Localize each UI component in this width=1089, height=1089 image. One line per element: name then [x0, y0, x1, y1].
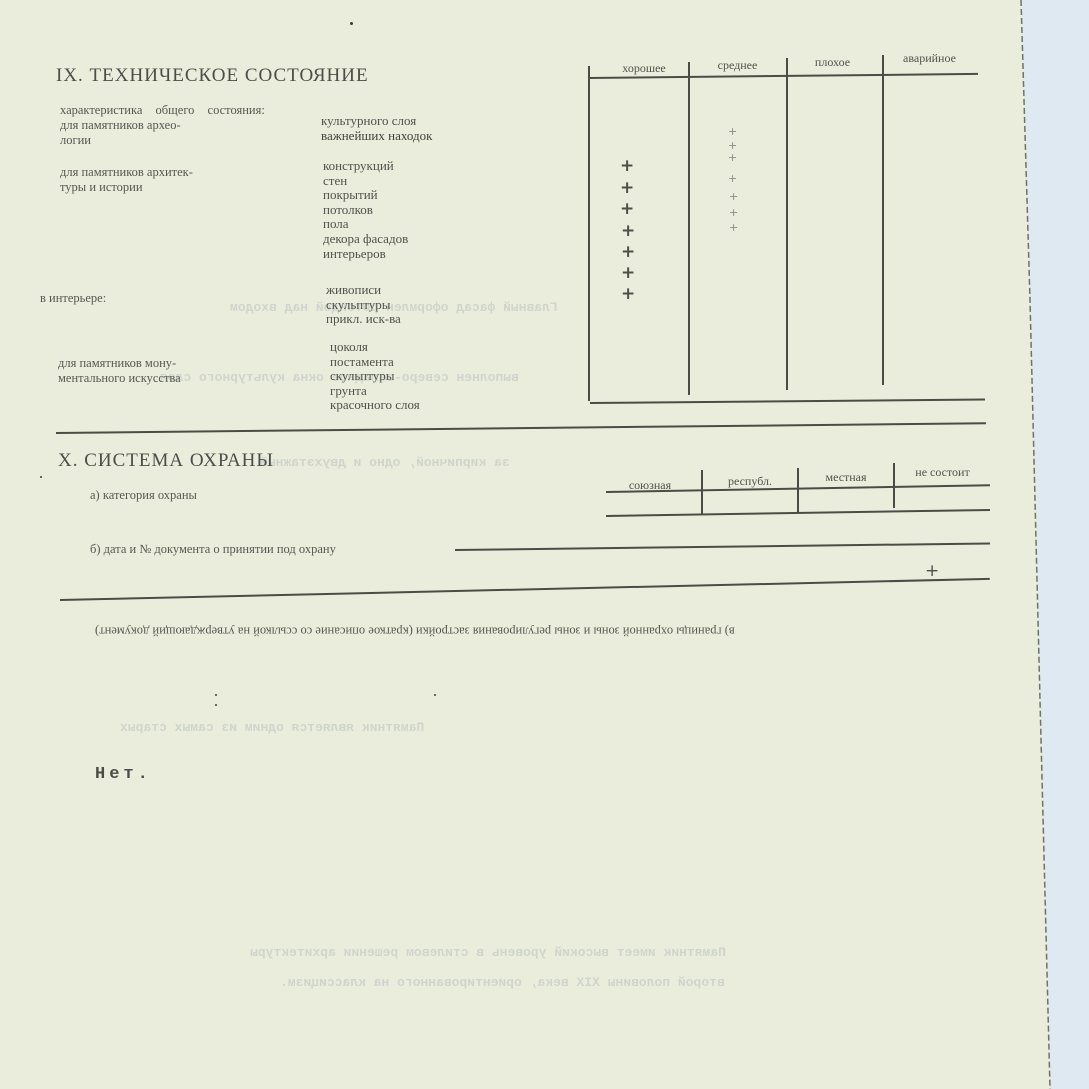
- group-items-archaeology: культурного слоя важнейших находок: [321, 114, 432, 143]
- group-label-architecture: для памятников архитек- туры и истории: [60, 165, 193, 194]
- mark-plus-icon: +: [620, 180, 634, 197]
- item-plinth: цоколя: [330, 340, 420, 355]
- mark-plus-icon: +: [925, 563, 939, 580]
- ink-speck: [215, 694, 217, 696]
- category-republic: республ.: [702, 474, 798, 489]
- protection-document-label: б) дата и № документа о принятии под охр…: [90, 542, 336, 557]
- faint-mark-plus-icon: +: [728, 140, 737, 151]
- item-cultural-layer: культурного слоя: [321, 114, 432, 129]
- category-divider: [893, 463, 895, 508]
- category-local: местная: [800, 470, 892, 485]
- item-interiors: интерьеров: [323, 247, 408, 262]
- category-divider: [797, 468, 799, 513]
- mark-plus-icon: +: [621, 265, 635, 282]
- section-ix-intro: характеристика общего состояния:: [60, 103, 265, 118]
- column-header-emergency: аварийное: [882, 51, 977, 66]
- column-header-average: среднее: [690, 58, 785, 73]
- faint-mark-plus-icon: +: [728, 126, 737, 137]
- group-label-archaeology: для памятников архео- логии: [60, 118, 181, 147]
- group-items-interior: живописи скульптуры прикл. иск-ва: [326, 283, 401, 327]
- item-floor: пола: [323, 217, 408, 232]
- ink-speck: [434, 694, 436, 696]
- typed-answer: Нет.: [95, 765, 152, 784]
- ink-speck: [215, 704, 217, 706]
- category-none: не состоит: [895, 465, 990, 480]
- group-items-monumental: цоколя постамента скульптуры грунта крас…: [330, 340, 420, 413]
- item-facade-decor: декора фасадов: [323, 232, 408, 247]
- item-applied-arts: прикл. иск-ва: [326, 312, 401, 327]
- table-column-divider: [882, 55, 884, 385]
- table-column-divider: [786, 58, 788, 390]
- faint-mark-plus-icon: +: [728, 173, 737, 184]
- item-painting: живописи: [326, 283, 401, 298]
- faint-mark-plus-icon: +: [729, 191, 738, 202]
- item-ceilings: потолков: [323, 203, 408, 218]
- mark-plus-icon: +: [621, 223, 635, 240]
- mark-plus-icon: +: [620, 201, 634, 218]
- bleed-through-text: Памятник имеет высокий уровень в стилево…: [250, 945, 726, 960]
- ink-speck: [350, 22, 353, 25]
- mark-plus-icon: +: [621, 286, 635, 303]
- faint-mark-plus-icon: +: [729, 222, 738, 233]
- group-label-interior: в интерьере:: [40, 291, 106, 306]
- faint-mark-plus-icon: +: [728, 152, 737, 163]
- item-roofing: покрытий: [323, 188, 408, 203]
- bleed-through-text: за кирпичной, одно и двухэтажный: [260, 455, 510, 470]
- item-sculpture: скульптуры: [326, 298, 401, 313]
- column-header-poor: плохое: [785, 55, 880, 70]
- category-divider: [701, 470, 703, 514]
- protection-category-label: а) категория охраны: [90, 488, 197, 503]
- group-items-architecture: конструкций стен покрытий потолков пола …: [323, 159, 408, 261]
- mark-plus-icon: +: [621, 244, 635, 261]
- mark-plus-icon: +: [620, 158, 634, 175]
- item-ground: грунта: [330, 384, 420, 399]
- item-paint-layer: красочного слоя: [330, 398, 420, 413]
- item-pedestal: постамента: [330, 355, 420, 370]
- column-header-good: хорошее: [598, 61, 690, 76]
- item-structures: конструкций: [323, 159, 408, 174]
- section-ix-title: IX. ТЕХНИЧЕСКОЕ СОСТОЯНИЕ: [56, 65, 369, 87]
- bleed-through-text: второй половины XIX века, ориентированно…: [280, 975, 725, 990]
- item-sculpture-mon: скульптуры: [330, 369, 420, 384]
- table-column-divider: [688, 62, 690, 395]
- faint-mark-plus-icon: +: [729, 207, 738, 218]
- ink-speck: [40, 476, 42, 478]
- group-label-monumental: для памятников мону- ментального искусст…: [58, 356, 181, 385]
- bleed-through-text: Памятник является одним из самых старых: [120, 720, 424, 735]
- section-x-title: X. СИСТЕМА ОХРАНЫ: [58, 450, 274, 472]
- table-column-divider: [588, 66, 590, 401]
- item-important-finds: важнейших находок: [321, 129, 432, 144]
- protection-zone-label: в) границы охранной зоны и зоны регулиро…: [95, 624, 735, 639]
- item-walls: стен: [323, 174, 408, 189]
